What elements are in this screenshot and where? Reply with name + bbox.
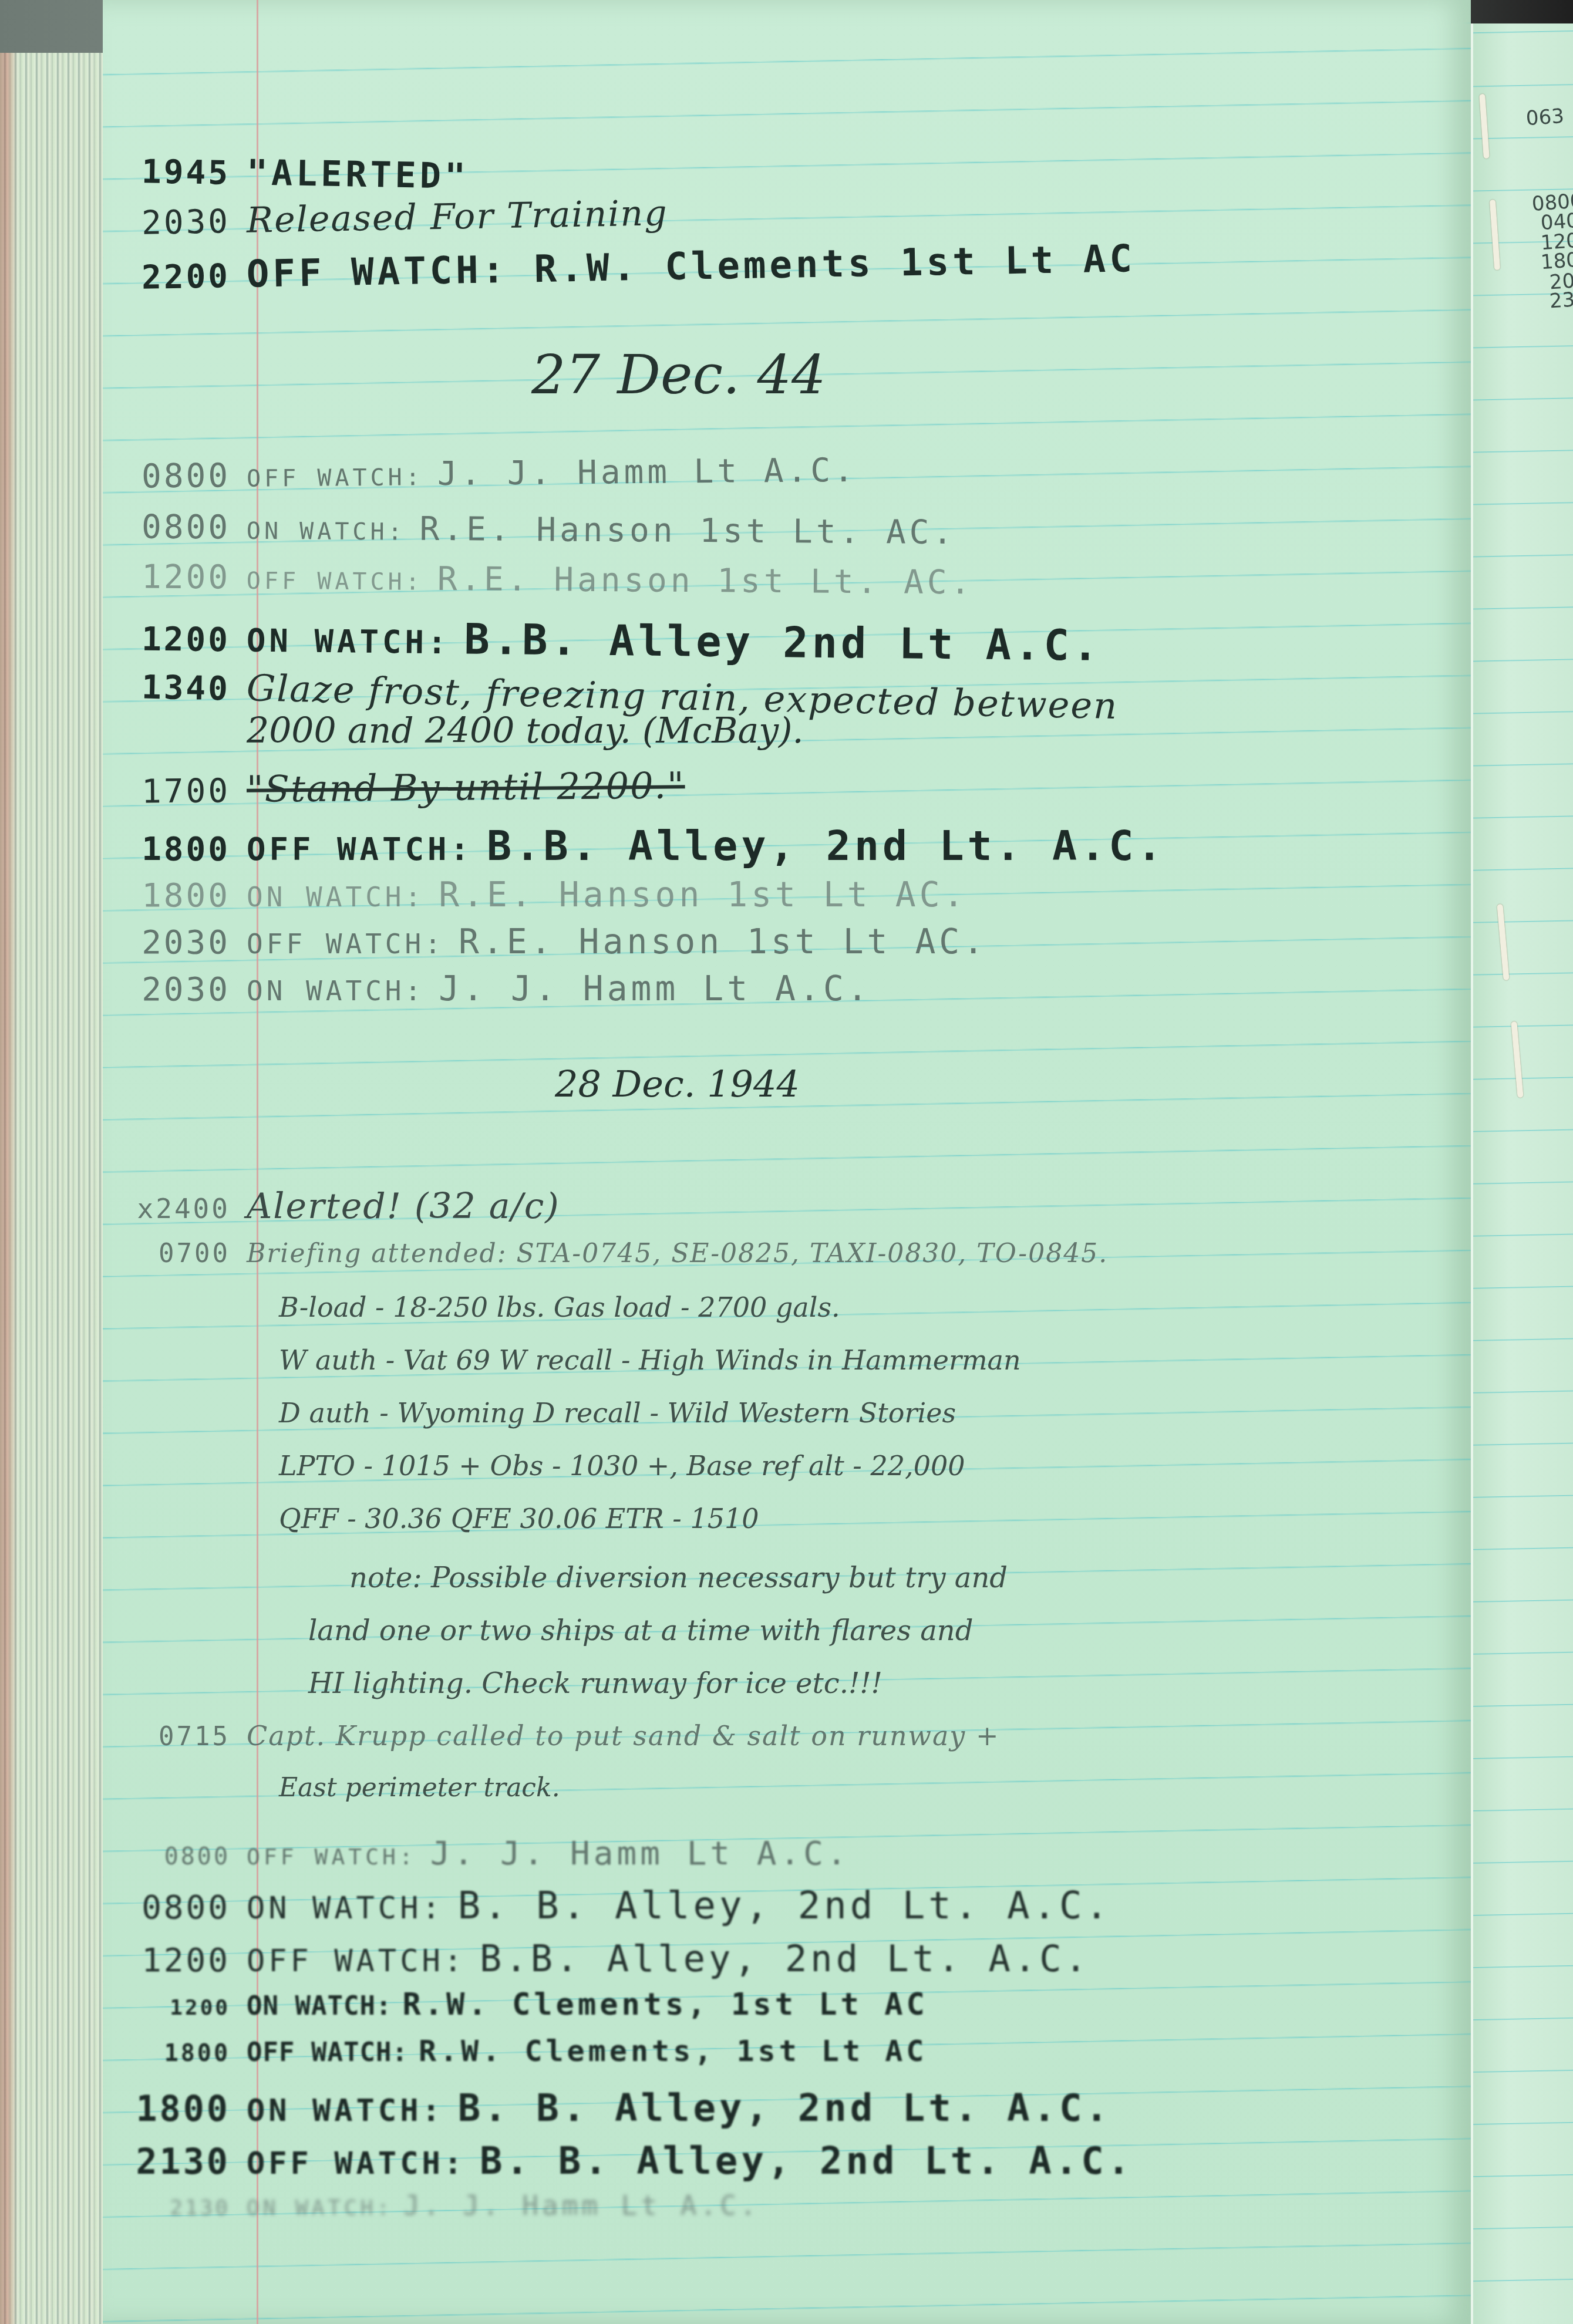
ruled-lines [1473, 23, 1573, 2324]
signature: R.E. Hanson 1st Lt AC. [439, 875, 967, 915]
log-entry: 1800 OFF WATCH: R.W. Clements, 1st Lt AC [103, 2034, 927, 2068]
briefing-line: LPTO - 1015 + Obs - 1030 +, Base ref alt… [279, 1450, 965, 1482]
log-entry: 1200 ON WATCH: B.B. Alley 2nd Lt A.C. [103, 610, 1102, 670]
briefing-line: D auth - Wyoming D recall - Wild Western… [279, 1397, 956, 1429]
entry-time: 0700 [103, 1239, 247, 1269]
logbook-page: 1945 "ALERTED" 2030 Released For Trainin… [103, 0, 1471, 2324]
entry-label: OFF WATCH: [247, 568, 423, 596]
entry-time: 1200 [103, 620, 247, 660]
entry-time: 1200 [103, 1996, 247, 2020]
entry-label: ON WATCH: [247, 2093, 444, 2129]
entry-time: 2030 [103, 203, 247, 243]
log-entry: 1800 ON WATCH: B. B. Alley, 2nd Lt. A.C. [103, 2087, 1111, 2130]
entry-time: 0800 [103, 1888, 247, 1927]
book-page-edges [0, 53, 105, 2324]
entry-label: OFF WATCH: [247, 928, 444, 960]
briefing-line: W auth - Vat 69 W recall - High Winds in… [279, 1344, 1021, 1376]
entry-text: Briefing attended: STA-0745, SE-0825, TA… [247, 1239, 1108, 1269]
entry-time: 2130 [103, 2196, 247, 2220]
entry-time: 2030 [103, 923, 247, 962]
entry-label: ON WATCH: [247, 622, 450, 662]
entry-label: ON WATCH: [247, 1891, 444, 1926]
log-entry: x2400 Alerted! (32 a/c) [103, 1186, 560, 1227]
entry-label: ON WATCH: [247, 518, 406, 546]
entry-time: 1700 [103, 772, 247, 811]
entry-label: OFF WATCH: [247, 2146, 466, 2181]
facing-page-time: 23 [1549, 288, 1573, 313]
log-entry: 1200 OFF WATCH: R.E. Hanson 1st Lt. AC. [103, 558, 974, 602]
entry-time: 1200 [103, 1941, 247, 1979]
facing-page: 063 0800 040 120 180 20 23 [1471, 23, 1573, 2324]
log-entry: 0800 ON WATCH: B. B. Alley, 2nd Lt. A.C. [103, 1884, 1111, 1928]
entry-label: OFF WATCH: [247, 464, 423, 493]
entry-continuation: 2000 and 2400 today. (McBay). [247, 710, 804, 751]
log-entry: 1200 ON WATCH: R.W. Clements, 1st Lt AC [103, 1987, 928, 2022]
entry-time: 2030 [103, 970, 247, 1008]
log-entry: 1800 ON WATCH: R.E. Hanson 1st Lt AC. [103, 875, 967, 915]
entry-time: 1800 [103, 876, 247, 915]
entry-text: Alerted! (32 a/c) [247, 1186, 560, 1227]
facing-page-time: 063 [1525, 104, 1565, 130]
entry-label: OFF WATCH: [247, 831, 473, 868]
signature: R.E. Hanson 1st Lt AC. [459, 922, 987, 962]
signature: J. J. Hamm Lt A.C. [430, 1834, 850, 1873]
entry-label: ON WATCH: [247, 881, 425, 913]
entry-text: "Stand By until 2200." [247, 764, 685, 811]
entry-time: 0800 [103, 457, 247, 496]
entry-time: 0800 [103, 508, 247, 547]
briefing-line: QFF - 30.36 QFE 30.06 ETR - 1510 [279, 1503, 759, 1534]
entry-time: 1800 [103, 830, 247, 868]
log-entry: 1200 OFF WATCH: B.B. Alley, 2nd Lt. A.C. [103, 1937, 1090, 1980]
signature: J. J. Hamm Lt A.C. [403, 2190, 760, 2221]
briefing-note: land one or two ships at a time with fla… [308, 1614, 973, 1647]
entry-text: Capt. Krupp called to put sand & salt on… [247, 1720, 999, 1752]
log-entry: 1700 "Stand By until 2200." [103, 764, 685, 812]
signature: R.W. Clements, 1st Lt AC [419, 2034, 927, 2068]
log-entry: 0715 Capt. Krupp called to put sand & sa… [103, 1720, 999, 1752]
entry-time: 1800 [103, 2089, 247, 2130]
entry-time: x2400 [103, 1193, 247, 1225]
signature: R.W. Clements, 1st Lt AC [402, 1987, 928, 2022]
signature: J. J. Hamm Lt A.C. [439, 969, 871, 1008]
log-entry: 0700 Briefing attended: STA-0745, SE-082… [103, 1239, 1108, 1269]
log-entry: 2030 ON WATCH: J. J. Hamm Lt A.C. [103, 969, 871, 1008]
signature: B. B. Alley, 2nd Lt. A.C. [480, 2140, 1133, 2183]
signature: B.B. Alley, 2nd Lt. A.C. [487, 822, 1165, 870]
log-entry: 1800 OFF WATCH: B.B. Alley, 2nd Lt. A.C. [103, 822, 1166, 870]
log-entry: 0800 OFF WATCH: J. J. Hamm Lt A.C. [103, 1834, 850, 1873]
date-heading: 27 Dec. 44 [531, 343, 826, 406]
signature: B. B. Alley, 2nd Lt. A.C. [458, 1884, 1111, 1928]
signature: R.E. Hanson 1st Lt. AC. [437, 560, 974, 602]
signature: B.B. Alley 2nd Lt A.C. [464, 614, 1102, 670]
signature: R.E. Hanson 1st Lt. AC. [420, 510, 956, 552]
entry-time: 1200 [103, 558, 247, 597]
log-entry: 2030 OFF WATCH: R.E. Hanson 1st Lt AC. [103, 922, 987, 962]
entry-label: OFF WATCH: [247, 1844, 416, 1870]
entry-time: 2130 [103, 2141, 247, 2183]
log-entry: 0800 ON WATCH: R.E. Hanson 1st Lt. AC. [103, 508, 956, 552]
entry-time: 1945 [103, 152, 247, 193]
briefing-note: note: Possible diversion necessary but t… [349, 1561, 1008, 1594]
entry-label: OFF WATCH: [247, 2038, 408, 2067]
log-entry: 2130 OFF WATCH: B. B. Alley, 2nd Lt. A.C… [103, 2140, 1133, 2183]
signature: B. B. Alley, 2nd Lt. A.C. [458, 2087, 1111, 2130]
date-heading: 28 Dec. 1944 [555, 1063, 800, 1105]
log-entry: 2130 ON WATCH: J. J. Hamm Lt A.C. [103, 2190, 760, 2221]
entry-time: 1800 [103, 2040, 247, 2067]
entry-label: ON WATCH: [247, 2196, 393, 2220]
log-entry: 0800 OFF WATCH: J. J. Hamm Lt A.C. [103, 451, 857, 496]
entry-text: "ALERTED" [246, 152, 469, 197]
signature: J. J. Hamm Lt A.C. [437, 451, 857, 493]
log-entry: 1945 "ALERTED" [103, 150, 470, 197]
entry-time: 2200 [103, 257, 247, 298]
entry-time: 0715 [103, 1722, 247, 1752]
entry-label: ON WATCH: [247, 975, 425, 1007]
entry-label: OFF WATCH: [247, 1944, 466, 1979]
entry-text: Released For Training [246, 193, 668, 241]
entry-time: 0800 [103, 1843, 247, 1870]
briefing-note: HI lighting. Check runway for ice etc.!!… [308, 1667, 883, 1700]
entry-time: 1340 [103, 667, 247, 709]
entry-label: ON WATCH: [247, 1991, 392, 2021]
entry-continuation: East perimeter track. [279, 1773, 560, 1803]
briefing-line: B-load - 18-250 lbs. Gas load - 2700 gal… [279, 1291, 840, 1323]
signature: B.B. Alley, 2nd Lt. A.C. [480, 1937, 1090, 1980]
